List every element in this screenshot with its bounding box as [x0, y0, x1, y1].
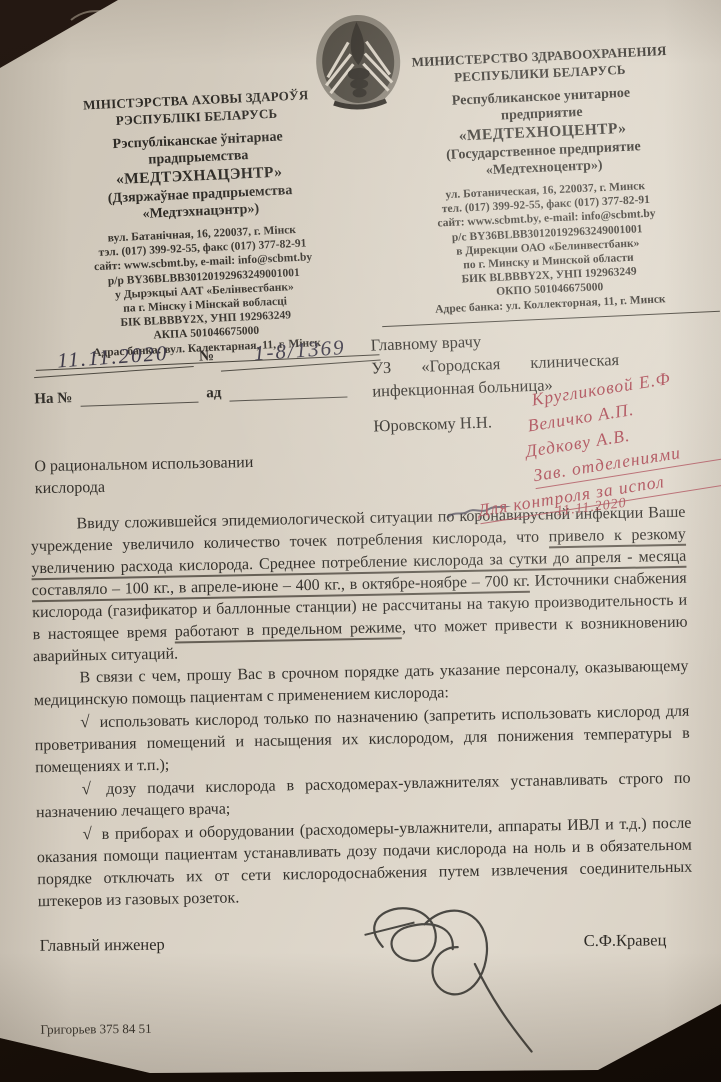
checkmark-icon: √: [82, 824, 102, 843]
letter-page: МІНІСТЭРСТВА АХОВЫ ЗДАРОЎЯРЭСПУБЛІКІ БЕЛ…: [0, 0, 721, 1082]
hand-underlined-text: работают в предельном режиме: [175, 619, 403, 643]
letterhead: МІНІСТЭРСТВА АХОВЫ ЗДАРОЎЯРЭСПУБЛІКІ БЕЛ…: [0, 0, 721, 350]
number-sign-label: №: [193, 348, 221, 370]
letter-subject: О рациональном использованиикислорода: [34, 451, 325, 501]
organization-address-ru: ул. Ботаническая, 16, 220037, г. Минскте…: [376, 176, 719, 319]
signature-block: Главный инженер С.Ф.Кравец Григорьев 375…: [0, 904, 721, 1060]
ministry-name-ru: МИНИСТЕРСТВО ЗДРАВООХРАНЕНИЯРЕСПУБЛИКИ Б…: [370, 40, 709, 89]
executor-contact: Григорьев 375 84 51: [40, 1021, 151, 1038]
document-photo: МІНІСТЭРСТВА АХОВЫ ЗДАРОЎЯРЭСПУБЛІКІ БЕЛ…: [0, 0, 721, 1082]
paragraph: Ввиду сложившейся эпидемиологической сит…: [30, 502, 688, 669]
body-text: использовать кислород только по назначен…: [35, 703, 690, 777]
incoming-date-blank: [229, 382, 347, 401]
signature-scrawl-icon: [294, 893, 545, 1055]
checkmark-icon: √: [81, 779, 106, 798]
letter-body: Ввиду сложившейся эпидемиологической сит…: [30, 502, 693, 914]
signer-position: Главный инженер: [40, 935, 165, 956]
checkmark-icon: √: [80, 712, 100, 731]
text-line: кислорода: [35, 473, 325, 501]
organization-name-by: Рэспубліканскае ўнітарнаепрадпрыемства«М…: [25, 125, 373, 229]
letterhead-belarusian-column: МІНІСТЭРСТВА АХОВЫ ЗДАРОЎЯРЭСПУБЛІКІ БЕЛ…: [24, 84, 380, 371]
paragraph: √ использовать кислород только по назнач…: [34, 700, 690, 780]
signer-name: С.Ф.Кравец: [584, 930, 667, 951]
letterhead-russian-column: МИНИСТЕРСТВО ЗДРАВООХРАНЕНИЯРЕСПУБЛИКИ Б…: [370, 40, 720, 327]
incoming-number-blank: [80, 388, 198, 407]
handwritten-date: 11.11.2020: [32, 339, 194, 378]
reference-block: 11.11.2020 № 1-8/1369 На № ад: [33, 336, 371, 409]
ministry-name-by: МІНІСТЭРСТВА АХОВЫ ЗДАРОЎЯРЭСПУБЛІКІ БЕЛ…: [24, 84, 369, 134]
handwritten-outgoing-number: 1-8/1369: [219, 333, 381, 372]
incoming-number-label: На №: [34, 390, 73, 408]
incoming-date-label: ад: [206, 385, 222, 403]
letter-main: О рациональном использованиикислорода Вв…: [0, 443, 721, 914]
organization-name-ru: Республиканское унитарноепредприятие«МЕД…: [372, 81, 714, 184]
